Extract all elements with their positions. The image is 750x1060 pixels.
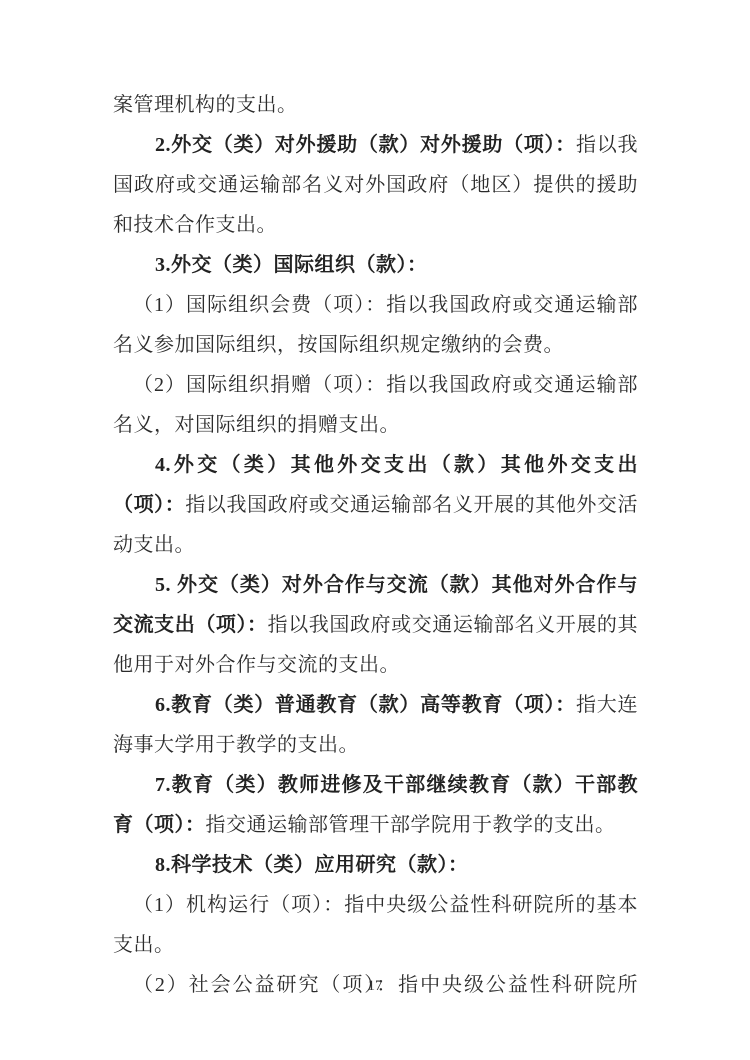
paragraph-head: 8.科学技术（类）应用研究（款）： <box>155 854 469 876</box>
paragraph-item-3: 3.外交（类）国际组织（款）： <box>113 245 638 285</box>
paragraph-item-5: 5. 外交（类）对外合作与交流（款）其他对外合作与交流支出（项）：指以我国政府或… <box>113 565 638 685</box>
paragraph-head: 2.外交（类）对外援助（款）对外援助（项）： <box>155 134 576 156</box>
paragraph-text: （2）国际组织捐赠（项）：指以我国政府或交通运输部名义，对国际组织的捐赠支出。 <box>113 374 638 436</box>
paragraph-text: （1）机构运行（项）：指中央级公益性科研院所的基本支出。 <box>113 894 638 956</box>
paragraph-subitem-8-1: （1）机构运行（项）：指中央级公益性科研院所的基本支出。 <box>113 885 638 965</box>
paragraph-text: 指交通运输部管理干部学院用于教学的支出。 <box>206 814 616 836</box>
paragraph-subitem-3-2: （2）国际组织捐赠（项）：指以我国政府或交通运输部名义，对国际组织的捐赠支出。 <box>113 365 638 445</box>
paragraph-text: 指以我国政府或交通运输部名义开展的其他外交活动支出。 <box>113 494 638 556</box>
paragraph-item-7: 7.教育（类）教师进修及干部继续教育（款）干部教育（项）：指交通运输部管理干部学… <box>113 765 638 845</box>
paragraph-text: 案管理机构的支出。 <box>113 94 298 116</box>
paragraph-continuation: 案管理机构的支出。 <box>113 85 638 125</box>
paragraph-subitem-3-1: （1）国际组织会费（项）：指以我国政府或交通运输部名义参加国际组织，按国际组织规… <box>113 285 638 365</box>
paragraph-head: 6.教育（类）普通教育（款）高等教育（项）： <box>155 694 576 716</box>
page-number: 17 <box>0 977 750 995</box>
paragraph-item-8: 8.科学技术（类）应用研究（款）： <box>113 845 638 885</box>
document-body: 案管理机构的支出。 2.外交（类）对外援助（款）对外援助（项）：指以我国政府或交… <box>113 85 638 1005</box>
paragraph-item-6: 6.教育（类）普通教育（款）高等教育（项）：指大连海事大学用于教学的支出。 <box>113 685 638 765</box>
paragraph-text: （1）国际组织会费（项）：指以我国政府或交通运输部名义参加国际组织，按国际组织规… <box>113 294 638 356</box>
paragraph-head: 3.外交（类）国际组织（款）： <box>155 254 428 276</box>
paragraph-item-4: 4.外交（类）其他外交支出（款）其他外交支出（项）：指以我国政府或交通运输部名义… <box>113 445 638 565</box>
paragraph-item-2: 2.外交（类）对外援助（款）对外援助（项）：指以我国政府或交通运输部名义对外国政… <box>113 125 638 245</box>
document-page: 案管理机构的支出。 2.外交（类）对外援助（款）对外援助（项）：指以我国政府或交… <box>0 0 750 1060</box>
